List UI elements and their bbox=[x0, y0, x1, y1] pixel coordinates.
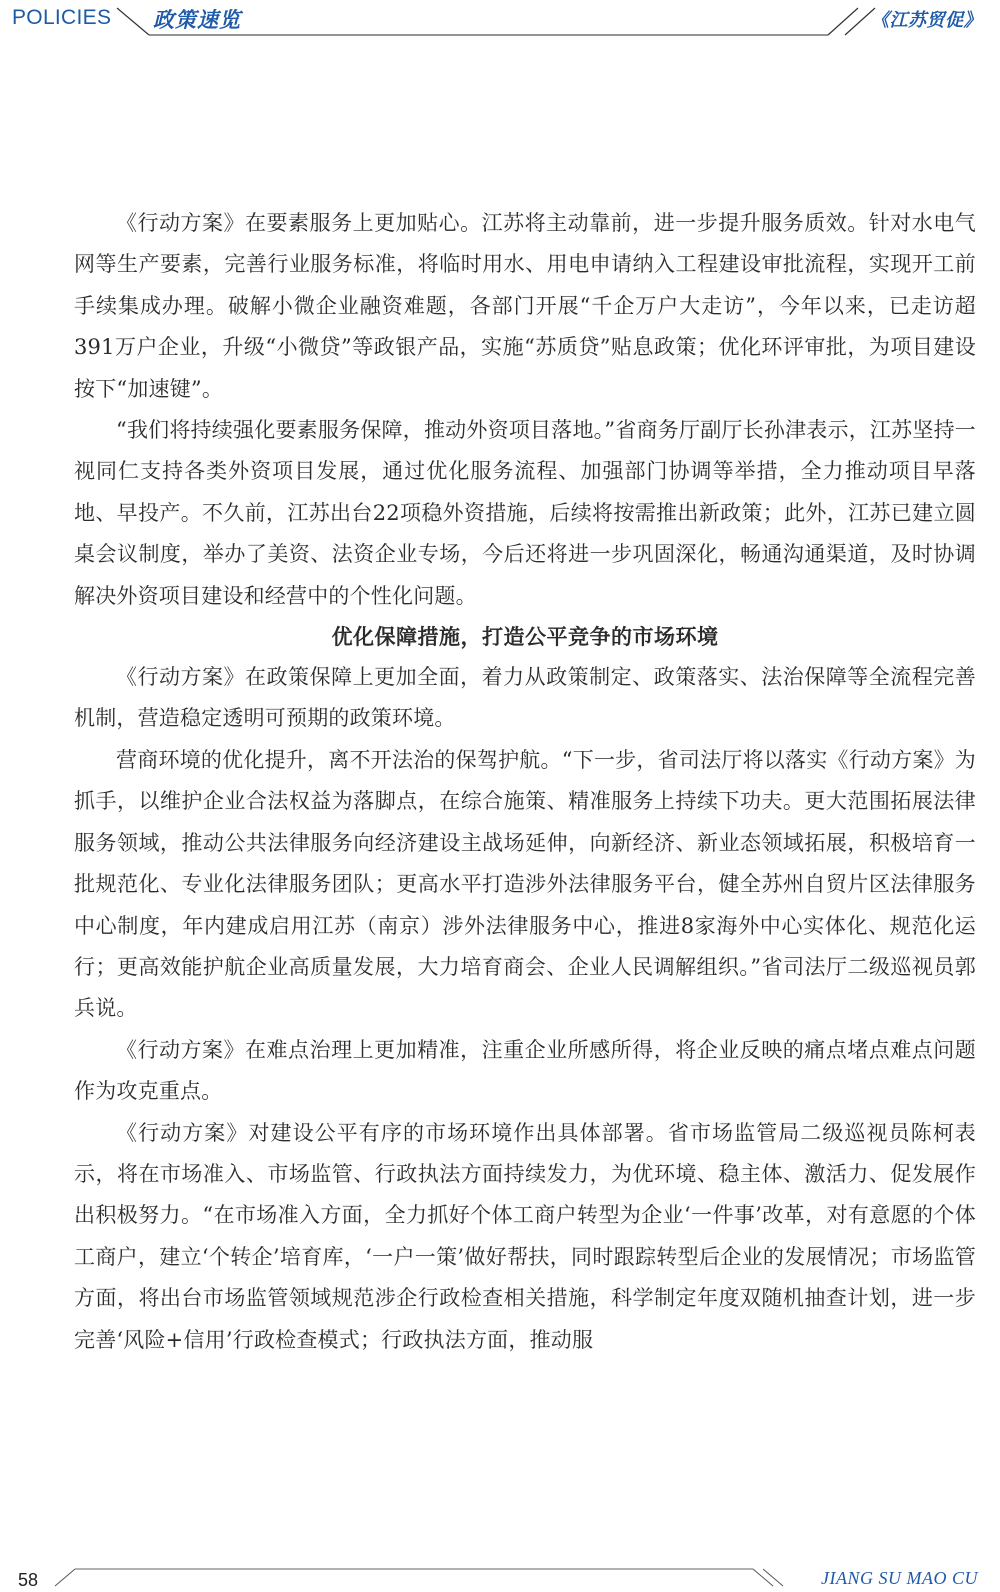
paragraph: 《行动方案》对建设公平有序的市场环境作出具体部署。省市场监管局二级巡视员陈柯表示… bbox=[74, 1113, 976, 1361]
journal-name-en: JIANG SU MAO CU bbox=[821, 1568, 978, 1589]
section-subheading: 优化保障措施，打造公平竞争的市场环境 bbox=[74, 617, 976, 657]
header-rule-lines bbox=[0, 0, 1000, 40]
section-label-en: POLICIES bbox=[12, 6, 111, 30]
section-label-cn: 政策速览 bbox=[153, 4, 241, 34]
paragraph: “我们将持续强化要素服务保障，推动外资项目落地。”省商务厅副厅长孙津表示，江苏坚… bbox=[74, 410, 976, 617]
page-footer: 58 JIANG SU MAO CU bbox=[0, 1548, 1000, 1592]
paragraph: 《行动方案》在要素服务上更加贴心。江苏将主动靠前，进一步提升服务质效。针对水电气… bbox=[74, 203, 976, 410]
page-header: POLICIES 政策速览 《江苏贸促》 bbox=[0, 0, 1000, 40]
paragraph: 《行动方案》在难点治理上更加精准，注重企业所感所得，将企业反映的痛点堵点难点问题… bbox=[74, 1030, 976, 1113]
paragraph: 营商环境的优化提升，离不开法治的保驾护航。“下一步，省司法厅将以落实《行动方案》… bbox=[74, 740, 976, 1030]
paragraph: 《行动方案》在政策保障上更加全面，着力从政策制定、政策落实、法治保障等全流程完善… bbox=[74, 657, 976, 740]
journal-title: 《江苏贸促》 bbox=[871, 6, 982, 32]
page-number: 58 bbox=[18, 1570, 38, 1591]
article-body: 《行动方案》在要素服务上更加贴心。江苏将主动靠前，进一步提升服务质效。针对水电气… bbox=[74, 203, 976, 1361]
